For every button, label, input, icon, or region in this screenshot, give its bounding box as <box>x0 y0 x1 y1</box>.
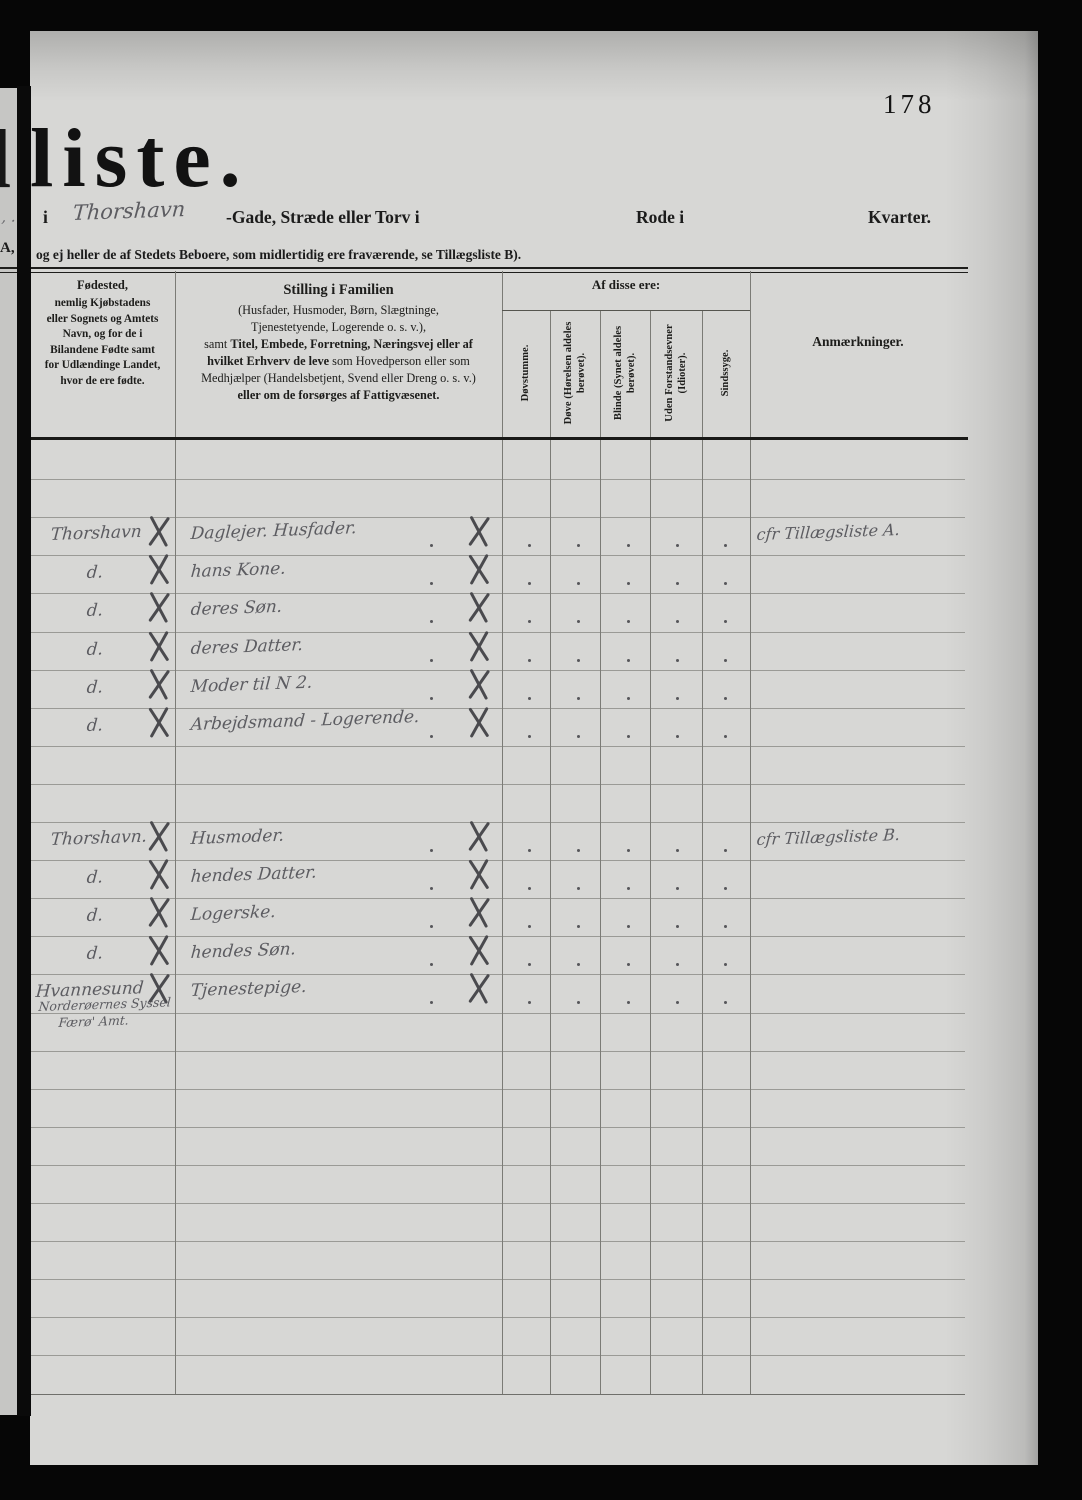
pen-dot <box>724 963 727 966</box>
tally-cross-disability <box>462 553 496 585</box>
position-header-segment: (Husfader, Husmoder, Børn, Slægtninge, <box>238 303 439 317</box>
position-header-segment: Medhjælper (Handelsbetjent, Svend eller … <box>201 371 476 385</box>
position-header-line: eller om de forsørges af Fattigvæsenet. <box>175 387 502 404</box>
remarks-column-header: Anmærkninger. <box>750 334 966 350</box>
pen-dot <box>676 544 679 547</box>
table-row-line <box>30 1127 965 1128</box>
position-value: hendes Datter. <box>190 863 318 887</box>
tally-cross-disability <box>462 630 496 662</box>
table-row-line <box>30 1089 965 1090</box>
remark-value: cfr Tillægsliste B. <box>756 825 901 849</box>
pen-dot <box>724 697 727 700</box>
pen-dot <box>430 925 433 928</box>
census-entry-row: Thorshavn.Husmoder.cfr Tillægsliste B. <box>30 822 1038 860</box>
position-value: Daglejer. Husfader. <box>190 518 357 544</box>
tally-cross-place <box>142 706 176 738</box>
tally-cross-disability <box>462 591 496 623</box>
pen-dot <box>724 582 727 585</box>
pen-dot <box>724 735 727 738</box>
pen-dot <box>430 659 433 662</box>
street-prefix-label: i <box>43 207 48 228</box>
position-header-segment: som Hovedperson eller som <box>329 354 470 368</box>
subcolumn-divider <box>650 310 651 441</box>
subcolumn-divider <box>702 310 703 441</box>
remark-value: cfr Tillægsliste A. <box>756 520 900 544</box>
pen-dot <box>627 620 630 623</box>
birthplace-value: d. <box>86 715 104 736</box>
position-column-header: Stilling i Familien (Husfader, Husmoder,… <box>175 282 502 404</box>
birthplace-value: Thorshavn. <box>50 827 148 850</box>
pen-dot <box>430 849 433 852</box>
pen-dot <box>676 849 679 852</box>
position-header-segment: Tjenestetyende, Logerende o. s. v.), <box>251 320 426 334</box>
pen-dot <box>577 963 580 966</box>
pen-dot <box>676 582 679 585</box>
census-entry-row: d.deres Søn. <box>30 593 1038 631</box>
subcolumn-divider <box>600 310 601 441</box>
position-value: Tjenestepige. <box>190 977 307 1001</box>
gade-label: -Gade, Stræde eller Torv i <box>226 207 420 228</box>
birthplace-value: d. <box>86 563 104 584</box>
pen-dot <box>577 544 580 547</box>
pen-dot <box>627 963 630 966</box>
census-entry-row: d.Logerske. <box>30 898 1038 936</box>
pen-dot <box>430 544 433 547</box>
pen-dot <box>577 925 580 928</box>
pen-dot <box>676 1001 679 1004</box>
pen-dot <box>528 849 531 852</box>
birthplace-value: d. <box>86 867 104 888</box>
census-entry-row: d.hendes Datter. <box>30 860 1038 898</box>
adjacent-page-edge: d , . A, <box>0 88 17 1415</box>
pen-dot <box>676 887 679 890</box>
pen-dot <box>724 849 727 852</box>
birthplace-header-title: Fødested, <box>30 278 175 293</box>
pen-dot <box>577 849 580 852</box>
disability-column-label-2: Døve (Hørelsen aldeles berøvet). <box>552 314 598 432</box>
census-entry-row: ThorshavnDaglejer. Husfader.cfr Tillægsl… <box>30 517 1038 555</box>
pen-dot <box>430 1001 433 1004</box>
position-value: Logerske. <box>190 902 276 925</box>
table-row-line <box>30 784 965 785</box>
pen-dot <box>528 925 531 928</box>
census-entry-row: d.Moder til N 2. <box>30 670 1038 708</box>
position-header-bold-segment: Titel, Embede, Forretning, Næringsvej el… <box>230 337 473 351</box>
table-row-line <box>30 1203 965 1204</box>
disabilities-subheader-line <box>502 310 750 311</box>
tally-cross-disability <box>462 706 496 738</box>
table-row-line <box>30 1394 965 1395</box>
pen-dot <box>676 659 679 662</box>
table-row-line <box>30 1355 965 1356</box>
header-bottom-rule <box>30 437 968 440</box>
tally-cross-place <box>142 934 176 966</box>
pen-dot <box>528 887 531 890</box>
pen-dot <box>430 735 433 738</box>
pen-dot <box>577 887 580 890</box>
pen-dot <box>430 963 433 966</box>
tally-cross-place <box>142 591 176 623</box>
position-header-line: samt Titel, Embede, Forretning, Næringsv… <box>175 336 502 353</box>
tally-cross-place <box>142 972 176 1004</box>
position-value: Husmoder. <box>190 826 285 849</box>
birthplace-value: d. <box>86 601 104 622</box>
tally-cross-disability <box>462 972 496 1004</box>
pen-dot <box>528 582 531 585</box>
position-header-line: (Husfader, Husmoder, Børn, Slægtninge, <box>175 302 502 319</box>
pen-dot <box>627 849 630 852</box>
pen-dot <box>528 735 531 738</box>
census-form-sheet: 178 liste. i Thorshavn -Gade, Stræde ell… <box>30 31 1038 1465</box>
census-entry-row: d.deres Datter. <box>30 632 1038 670</box>
position-value: hans Kone. <box>190 559 286 582</box>
tally-cross-disability <box>462 668 496 700</box>
pen-dot <box>627 735 630 738</box>
pen-dot <box>430 697 433 700</box>
title-fragment: d <box>0 118 11 202</box>
column-divider <box>750 271 751 441</box>
tally-cross-disability <box>462 858 496 890</box>
position-header-segment: samt <box>204 337 230 351</box>
table-row-line <box>30 746 965 747</box>
position-header-line: Tjenestetyende, Logerende o. s. v.), <box>175 319 502 336</box>
pen-dot <box>627 1001 630 1004</box>
birthplace-extra-line: Færø' Amt. <box>58 1013 129 1031</box>
tally-cross-place <box>142 553 176 585</box>
birthplace-value: Thorshavn <box>50 522 142 545</box>
pen-dot <box>528 620 531 623</box>
tally-cross-disability <box>462 934 496 966</box>
column-divider <box>502 271 503 441</box>
disabilities-group-title: Af disse ere: <box>502 277 750 293</box>
position-header-lines: (Husfader, Husmoder, Børn, Slægtninge,Tj… <box>175 302 502 404</box>
pen-dot <box>676 620 679 623</box>
rode-label: Rode i <box>636 207 684 228</box>
column-divider <box>175 271 176 441</box>
pen-dot <box>528 697 531 700</box>
pen-dot <box>676 697 679 700</box>
tally-cross-place <box>142 858 176 890</box>
birthplace-header-lines: nemlig Kjøbstadenseller Sognets og Amtet… <box>30 296 175 389</box>
tally-cross-place <box>142 630 176 662</box>
form-title: liste. <box>30 117 250 201</box>
pen-dot <box>724 1001 727 1004</box>
birthplace-value: d. <box>86 639 104 660</box>
birthplace-header-line: hvor de ere fødte. <box>30 374 175 390</box>
birthplace-value: d. <box>86 677 104 698</box>
birthplace-header-line: eller Sognets og Amtets <box>30 312 175 328</box>
tally-cross-place <box>142 668 176 700</box>
disability-column-label-4: Uden Forstandsevner (Idioter). <box>653 314 699 432</box>
pen-dot <box>724 659 727 662</box>
pen-dot <box>577 735 580 738</box>
kvarter-label: Kvarter. <box>868 207 931 228</box>
census-entry-row: HvannesundNorderøernes SysselFærø' Amt.T… <box>30 974 1038 1012</box>
table-row-line <box>30 1165 965 1166</box>
position-value: deres Søn. <box>190 597 283 620</box>
disability-column-label-3: Blinde (Synet aldeles berøvet). <box>602 314 648 432</box>
pen-dot <box>724 925 727 928</box>
census-entry-row: d.hendes Søn. <box>30 936 1038 974</box>
pen-dot <box>528 963 531 966</box>
tally-cross-disability <box>462 515 496 547</box>
table-row-line <box>30 1279 965 1280</box>
pen-dot <box>627 697 630 700</box>
table-row-line <box>30 1241 965 1242</box>
birthplace-header-line: for Udlændinge Landet, <box>30 358 175 374</box>
disability-column-label-1: Døvstumme. <box>503 314 549 432</box>
pen-dot <box>528 1001 531 1004</box>
birthplace-value: d. <box>86 906 104 927</box>
position-header-title: Stilling i Familien <box>175 282 502 299</box>
position-header-line: Medhjælper (Handelsbetjent, Svend eller … <box>175 370 502 387</box>
tally-cross-disability <box>462 820 496 852</box>
census-entry-row: d.hans Kone. <box>30 555 1038 593</box>
birthplace-value: d. <box>86 944 104 965</box>
pen-dot <box>577 620 580 623</box>
position-value: Arbejdsmand - Logerende. <box>190 707 420 735</box>
disability-column-label-5: Sindssyge. <box>703 314 749 432</box>
position-header-line: hvilket Erhverv de leve som Hovedperson … <box>175 353 502 370</box>
birthplace-header-line: Navn, og for de i <box>30 327 175 343</box>
pen-dot <box>724 887 727 890</box>
position-value: hendes Søn. <box>190 940 297 964</box>
scanned-census-page: d , . A, 178 liste. i Thorshavn -Gade, S… <box>0 0 1082 1500</box>
pen-dot <box>430 582 433 585</box>
pen-dot <box>627 887 630 890</box>
pen-dot <box>577 659 580 662</box>
table-row-line <box>30 479 965 480</box>
birthplace-column-header: Fødested, nemlig Kjøbstadenseller Sognet… <box>30 278 175 389</box>
pen-dot <box>627 659 630 662</box>
pen-dot <box>577 582 580 585</box>
absentees-note: og ej heller de af Stedets Beboere, som … <box>36 247 521 263</box>
table-row-line <box>30 1051 965 1052</box>
pen-dot <box>577 697 580 700</box>
pen-dot <box>627 925 630 928</box>
pen-dot <box>676 963 679 966</box>
table-row-line <box>30 1013 965 1014</box>
street-name-handwritten: Thorshavn <box>72 197 186 225</box>
pen-dot <box>724 544 727 547</box>
position-value: deres Datter. <box>190 635 304 659</box>
pen-dot <box>528 659 531 662</box>
tally-cross-place <box>142 515 176 547</box>
pen-dot <box>676 735 679 738</box>
margin-fragment: A, <box>0 240 15 257</box>
pen-dot <box>676 925 679 928</box>
tally-cross-place <box>142 896 176 928</box>
birthplace-header-line: nemlig Kjøbstadens <box>30 296 175 312</box>
double-rule-top <box>0 267 968 269</box>
page-fold-shadow <box>17 86 31 1416</box>
subcolumn-divider <box>550 310 551 441</box>
pen-dot <box>627 582 630 585</box>
census-entry-row: d.Arbejdsmand - Logerende. <box>30 708 1038 746</box>
pen-dot <box>430 620 433 623</box>
position-value: Moder til N 2. <box>190 672 313 696</box>
pen-dot <box>724 620 727 623</box>
position-header-bold-segment: eller om de forsørges af Fattigvæsenet. <box>238 388 440 402</box>
table-row-line <box>30 1317 965 1318</box>
double-rule-bottom <box>0 272 968 274</box>
pen-dot <box>528 544 531 547</box>
pen-dot <box>627 544 630 547</box>
tally-cross-disability <box>462 896 496 928</box>
page-number: 178 <box>883 89 936 120</box>
position-header-bold-segment: hvilket Erhverv de leve <box>207 354 329 368</box>
margin-scribble: , . <box>1 207 17 226</box>
birthplace-header-line: Bilandene Fødte samt <box>30 343 175 359</box>
pen-dot <box>430 887 433 890</box>
pen-dot <box>577 1001 580 1004</box>
tally-cross-place <box>142 820 176 852</box>
